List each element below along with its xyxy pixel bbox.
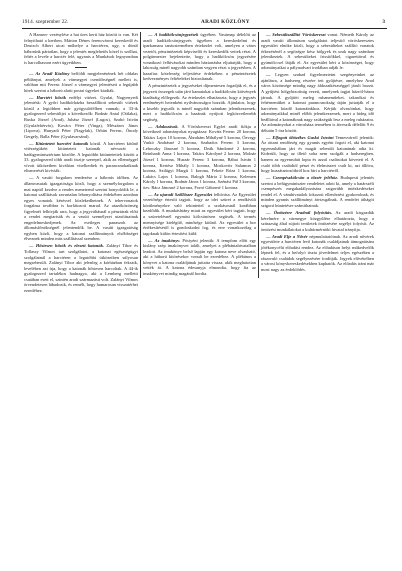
article: — Elfogott öltözékes Gaskó Istvánt Temes… — [261, 135, 374, 174]
column-3: — Sebesültszállító Vöröskereszt vonat. N… — [258, 32, 376, 278]
article-heading: Az ujaradi Szőllőszer Egyesület — [154, 192, 212, 197]
article: — Legyen szabad figyelmeztetni szegényei… — [261, 72, 374, 133]
article: — A hadikölcsönjegyzések ügyében. Vasárn… — [143, 32, 256, 82]
article-heading: Harctéri hősök — [36, 95, 65, 100]
article: A Hansen- vezénylése a hat üres kerti há… — [24, 32, 138, 65]
column-2: — A hadikölcsönjegyzések ügyében. Vasárn… — [140, 32, 258, 278]
article-heading: Öntözésre Aradnál folyósítás. — [274, 210, 332, 215]
article: — Az ujaradi Szőllőszer Egyesület felhív… — [143, 192, 256, 236]
article: — Hősiesen hősök és elesett katonák. Zal… — [24, 243, 138, 293]
article-heading: Aradi Elje a Nővér — [272, 234, 308, 239]
article: — A vasúti forgalom rendezése a háborús … — [24, 175, 138, 242]
article: — Az imakönyv. Pöstyéni jelentik: A temp… — [143, 238, 256, 277]
article-columns: A Hansen- vezénylése a hat üres kerti há… — [22, 32, 387, 278]
column-1: A Hansen- vezénylése a hat üres kerti há… — [22, 32, 140, 254]
article-heading: Kitüntetett harctéri katonák — [36, 141, 89, 146]
article-heading: Az Aradi Közlöny — [36, 71, 70, 76]
page-number: 3 — [382, 19, 387, 25]
article: — Öntözésre Aradnál folyósítás. Az aradi… — [261, 210, 374, 232]
article: — Adakozások. A Vöröskereszt Egylet arad… — [143, 124, 256, 191]
article-heading: Adakozások. — [156, 124, 179, 129]
article-heading: Csempészkölcsön a tőzsér jeléhöz. — [273, 175, 338, 180]
article: — Kitüntetett harctéri katonák közül. A … — [24, 141, 138, 174]
divider — [75, 67, 87, 68]
newspaper-title: ARADI KÖZLÖNY — [201, 19, 250, 25]
article: — Sebesültszállító Vöröskereszt vonat. N… — [261, 32, 374, 71]
masthead: 1914. szeptember 22. ARADI KÖZLÖNY 3 — [22, 19, 387, 29]
article-heading: Elfogott öltözékes Gaskó Istvánt — [272, 135, 333, 140]
article-heading: Sebesültszállító Vöröskereszt — [272, 32, 325, 37]
article: — Az Aradi Közlöny belföldi megjelenésén… — [24, 71, 138, 93]
article: — Csempészkölcsön a tőzsér jeléhöz. Buda… — [261, 175, 374, 208]
article-heading: A hadikölcsönjegyzések — [154, 32, 198, 37]
article: — Harctéri hősök erdélyi vitézei. Gyulai… — [24, 95, 138, 139]
newspaper-page: 1914. szeptember 22. ARADI KÖZLÖNY 3 A H… — [22, 19, 387, 278]
issue-date: 1914. szeptember 22. — [22, 19, 68, 25]
article-heading: Az imakönyv. — [155, 238, 181, 243]
article: A pénzintézetek a jegyzéseket díjmentese… — [143, 83, 256, 122]
article-heading: Hősiesen hősök és elesett katonák. — [36, 243, 104, 248]
article: — Aradi Elje a Nővér népmulattatóinak. A… — [261, 234, 374, 273]
